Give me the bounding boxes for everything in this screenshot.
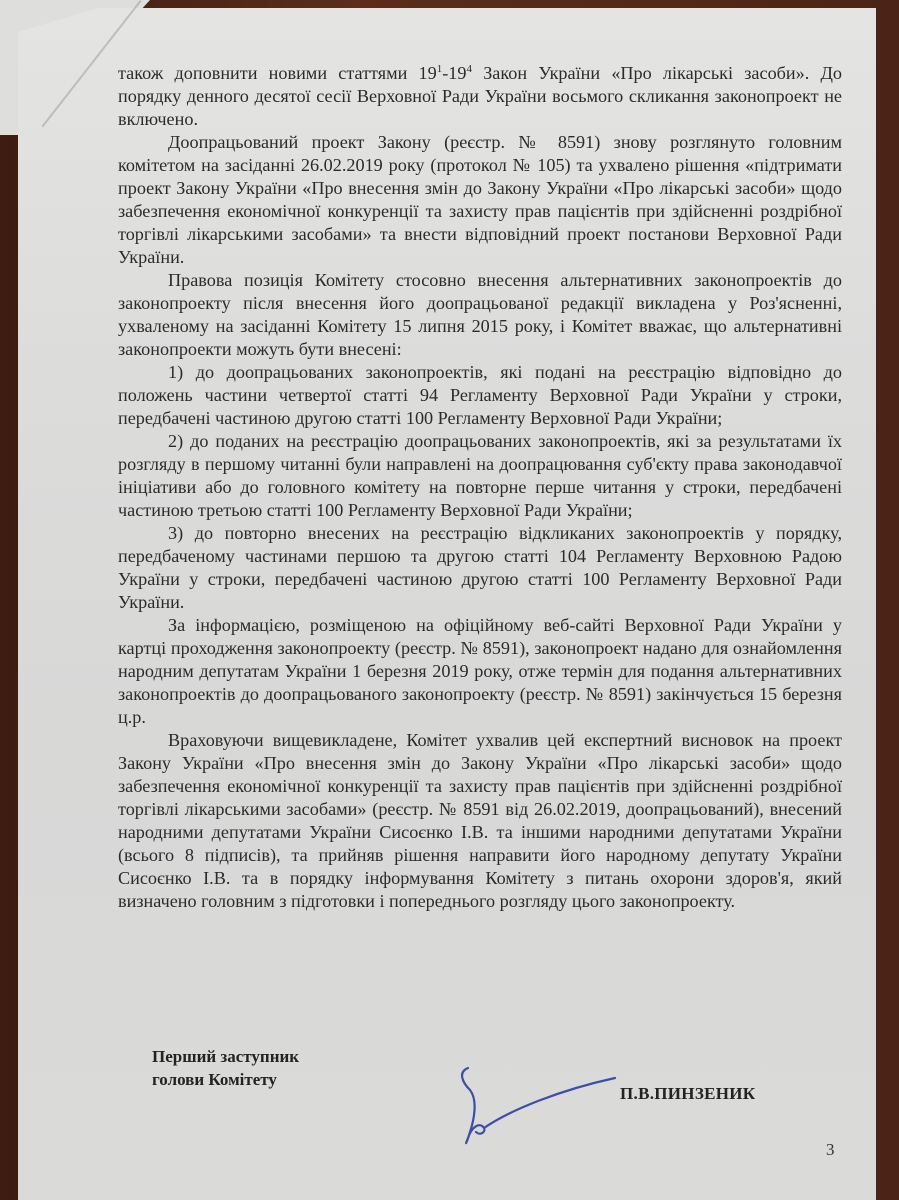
signatory-title-line1: Перший заступник <box>152 1045 299 1068</box>
paragraph-continuation: також доповнити новими статтями 191-194 … <box>118 62 842 131</box>
handwritten-signature-icon <box>440 1060 640 1150</box>
list-item-2: 2) до поданих на реєстрацію доопрацьован… <box>118 430 842 522</box>
paragraph-revised-bill: Доопрацьований проект Закону (реєстр. № … <box>118 131 842 269</box>
list-item-1: 1) до доопрацьованих законопроектів, які… <box>118 361 842 430</box>
paragraph-conclusion: Враховуючи вищевикладене, Комітет ухвали… <box>118 729 842 913</box>
signatory-name: П.В.ПИНЗЕНИК <box>620 1084 755 1104</box>
signatory-title: Перший заступник голови Комітету <box>152 1045 299 1091</box>
paragraph-text: -19 <box>442 63 466 83</box>
paragraph-text: також доповнити новими статтями 19 <box>118 63 437 83</box>
list-item-3: 3) до повторно внесених на реєстрацію ві… <box>118 522 842 614</box>
page-number: 3 <box>826 1140 835 1160</box>
document-body: також доповнити новими статтями 191-194 … <box>118 62 842 913</box>
paragraph-legal-position: Правова позиція Комітету стосовно внесен… <box>118 269 842 361</box>
signatory-title-line2: голови Комітету <box>152 1068 299 1091</box>
paragraph-website-info: За інформацією, розміщеною на офіційному… <box>118 614 842 729</box>
